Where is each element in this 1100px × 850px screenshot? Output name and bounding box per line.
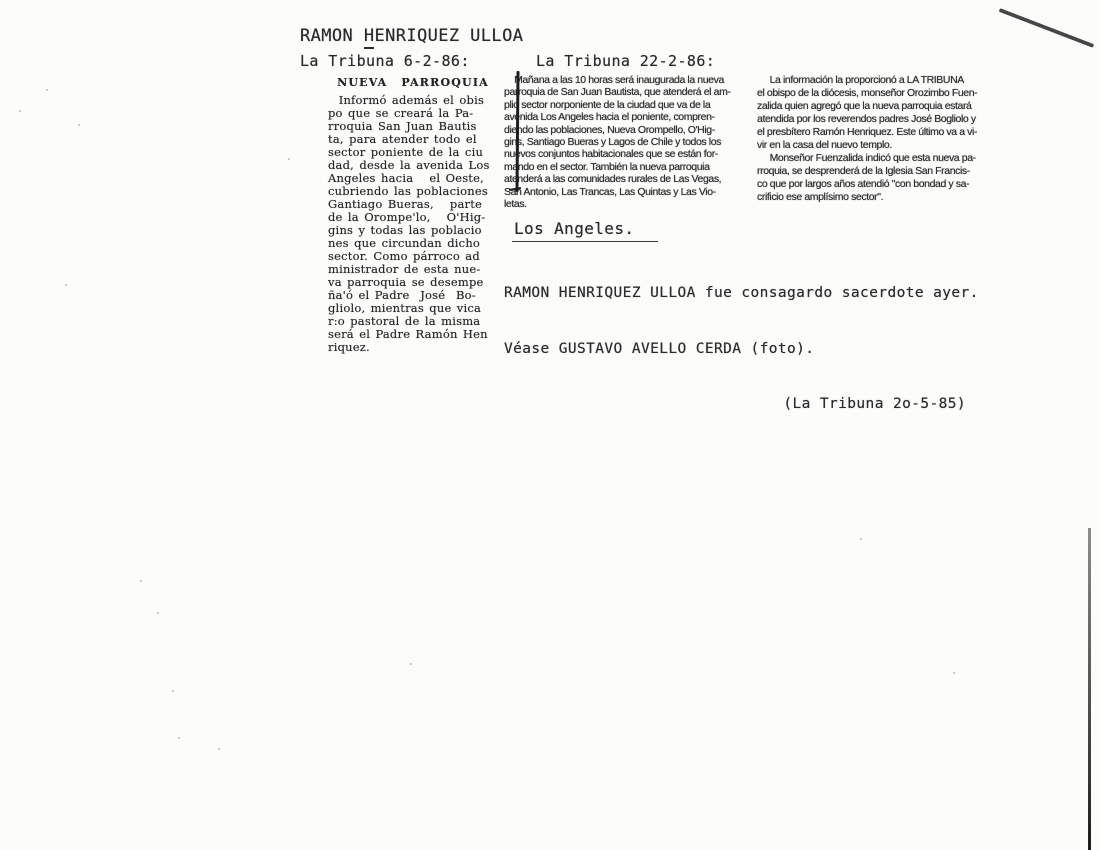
clipping-nueva-parroquia: NUEVA PARROQUIA Informó además el obispo… xyxy=(328,76,498,354)
clipping-body: Mañana a las 10 horas será inaugurada la… xyxy=(504,74,748,210)
scan-speck xyxy=(410,663,412,665)
text-line: letas. xyxy=(504,198,748,210)
caption-line: Véase GUSTAVO AVELLO CERDA (foto). xyxy=(504,340,974,359)
scan-speck xyxy=(19,110,21,112)
scan-speck xyxy=(140,580,142,582)
typed-caption: RAMON HENRIQUEZ ULLOA fue consagardo sac… xyxy=(504,247,974,451)
caption-line: RAMON HENRIQUEZ ULLOA fue consagardo sac… xyxy=(504,284,974,303)
text-line: atendida por los reverendos padres José … xyxy=(757,113,999,126)
text-line: vir en la casa del nuevo templo. xyxy=(757,139,999,152)
text-line: rroquia, se desprenderá de la Iglesia Sa… xyxy=(757,165,999,178)
scan-speck xyxy=(65,284,67,286)
scan-speck xyxy=(46,89,48,91)
scan-edge-artifact xyxy=(1088,528,1091,850)
subject-name-underlined-letter: H xyxy=(364,26,375,49)
text-line: parroquia de San Juan Bautista, que aten… xyxy=(504,86,748,98)
scanned-document-page: RAMON HENRIQUEZ ULLOA La Tribuna 6-2-86:… xyxy=(0,0,1100,850)
text-line: San Antonio, Las Trancas, Las Quintas y … xyxy=(504,186,748,198)
location-label: Los Angeles. xyxy=(512,219,658,242)
caption-credit: (La Tribuna 2o-5-85) xyxy=(504,395,974,414)
text-line: el obispo de la diócesis, monseñor Orozi… xyxy=(757,87,999,100)
text-line: plio sector norponiente de la ciudad que… xyxy=(504,99,748,111)
text-line: nuevos conjuntos habitacionales que se e… xyxy=(504,148,748,160)
diagonal-pen-stroke xyxy=(999,8,1095,48)
clipping-title: NUEVA PARROQUIA xyxy=(328,76,498,89)
text-line: co que por largos años atendió "con bond… xyxy=(757,178,999,191)
scan-speck xyxy=(178,737,180,739)
clipping-body: La información la proporcionó a LA TRIBU… xyxy=(757,74,999,204)
text-line: La información la proporcionó a LA TRIBU… xyxy=(757,74,999,87)
text-line: atenderá a las comunidades rurales de La… xyxy=(504,173,748,185)
scan-speck xyxy=(78,124,80,126)
subject-name-post: ENRIQUEZ ULLOA xyxy=(374,26,523,46)
subject-name-pre: RAMON xyxy=(300,26,364,46)
text-line: mando en el sector. También la nueva par… xyxy=(504,161,748,173)
text-line: gins, Santiago Bueras y Lagos de Chile y… xyxy=(504,136,748,148)
clipping-informacion-tribuna: La información la proporcionó a LA TRIBU… xyxy=(757,74,999,204)
text-line: el presbítero Ramón Henriquez. Este últi… xyxy=(757,126,999,139)
scan-speck xyxy=(288,158,290,160)
scan-speck xyxy=(860,538,862,540)
text-line: Monseñor Fuenzalida indicó que esta nuev… xyxy=(757,152,999,165)
scan-speck xyxy=(157,612,159,614)
scan-speck xyxy=(172,690,174,692)
subject-name-heading: RAMON HENRIQUEZ ULLOA xyxy=(300,26,523,46)
text-line: Mañana a las 10 horas será inaugurada la… xyxy=(504,74,748,86)
source-date-right: La Tribuna 22-2-86: xyxy=(536,52,715,70)
source-date-left: La Tribuna 6-2-86: xyxy=(300,52,470,70)
clipping-inauguracion: Mañana a las 10 horas será inaugurada la… xyxy=(504,74,748,210)
text-line: riquez. xyxy=(328,341,498,354)
text-line: zalida quien agregó que la nueva parroqu… xyxy=(757,100,999,113)
text-line: avenida Los Angeles hacia el poniente, c… xyxy=(504,111,748,123)
clipping-body: Informó además el obispo que se creará l… xyxy=(328,94,498,354)
text-line: crificio ese amplísimo sector". xyxy=(757,191,999,204)
text-line: diendo las poblaciones, Nueva Orompello,… xyxy=(504,124,748,136)
scan-speck xyxy=(953,672,955,674)
scan-speck xyxy=(218,748,220,750)
